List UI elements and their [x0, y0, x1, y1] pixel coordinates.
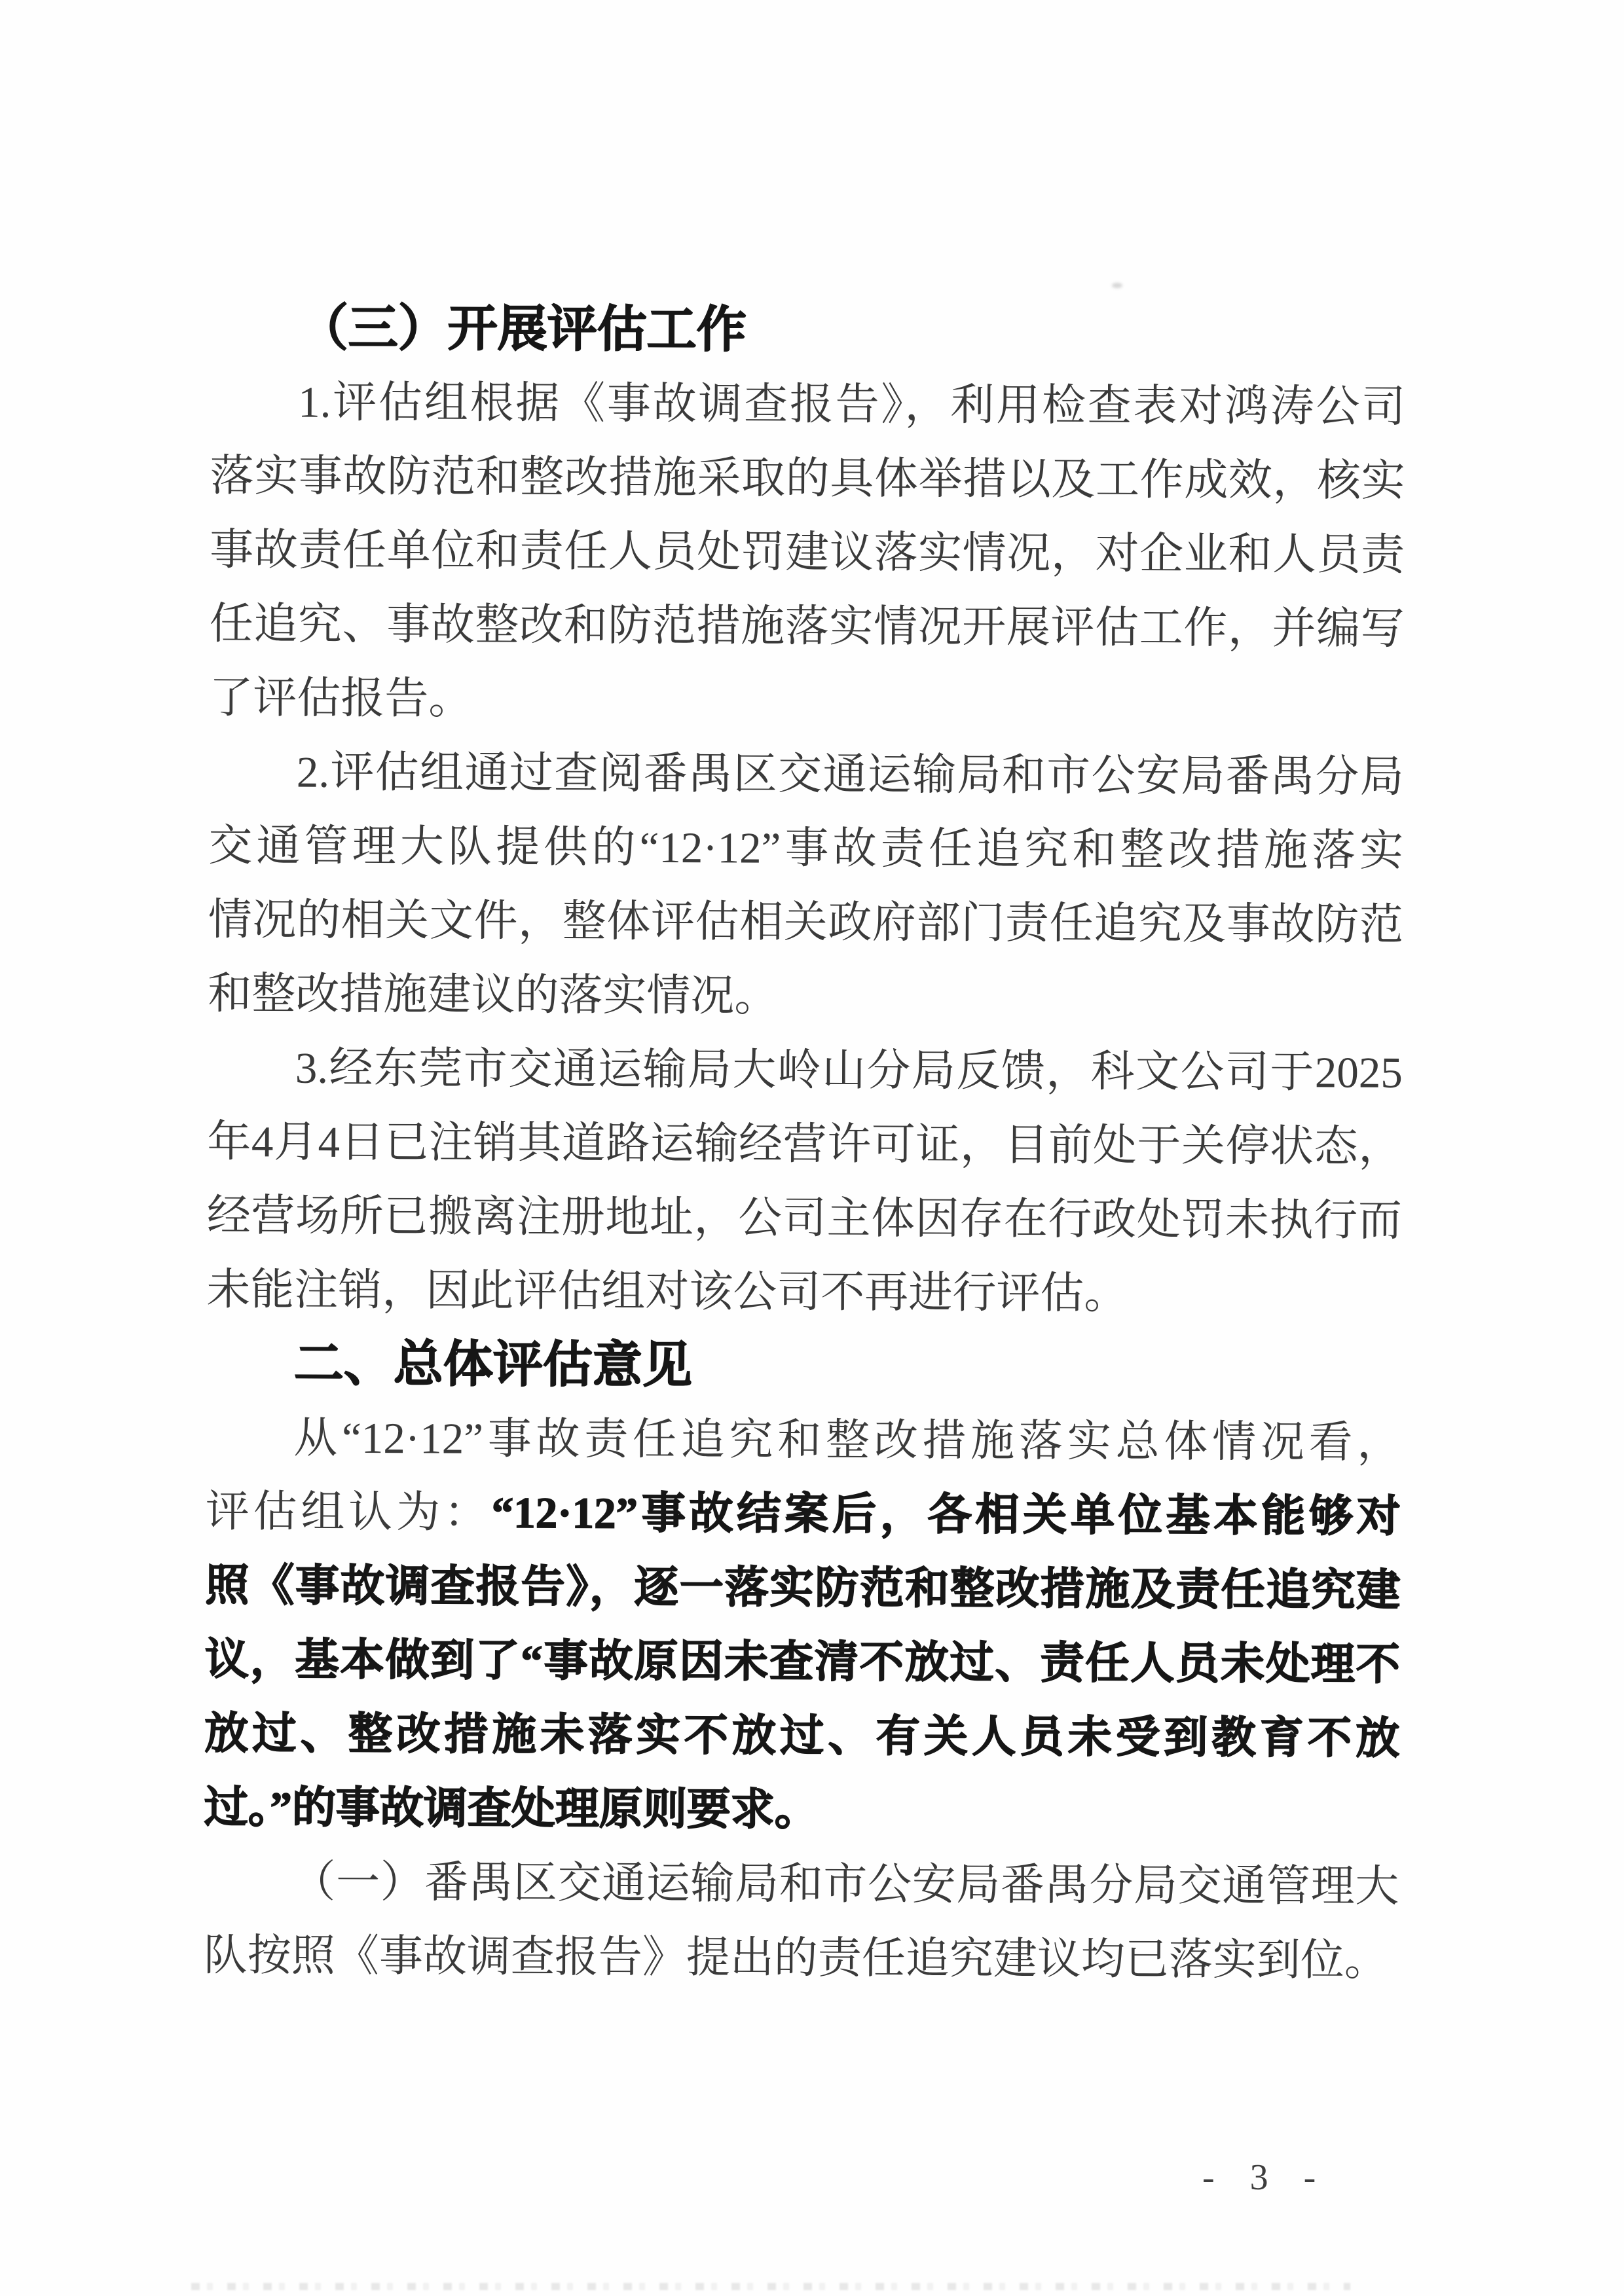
page-number: - 3 -	[1202, 2157, 1329, 2198]
text-line: 放过、整改措施未落实不放过、有关人员未受到教育不放	[204, 1697, 1399, 1776]
text-line: 了评估报告。	[209, 661, 1404, 740]
bold-text-segment: 放过、整改措施未落实不放过、有关人员未受到教育不放	[204, 1709, 1399, 1763]
scanned-document-page: （三）开展评估工作1.评估组根据《事故调查报告》，利用检查表对鸿涛公司落实事故防…	[0, 0, 1624, 2296]
text-line: 二、总体评估意见	[206, 1327, 1401, 1406]
bold-text-segment: 议，基本做到了“事故原因未查清不放过、责任人员未处理不	[205, 1635, 1400, 1689]
text-line: 经营场所已搬离注册地址，公司主体因存在行政处罚未执行而	[207, 1179, 1402, 1258]
bold-text-segment: 照《事故调查报告》，逐一落实防范和整改措施及责任追究建	[205, 1561, 1400, 1615]
text-line: 1.评估组根据《事故调查报告》，利用检查表对鸿涛公司	[210, 365, 1405, 445]
text-segment: 情况的相关文件，整体评估相关政府部门责任追究及事故防范	[208, 896, 1403, 949]
text-segment: 落实事故防范和整改措施采取的具体举措以及工作成效，核实	[210, 452, 1405, 505]
text-line: （一）番禺区交通运输局和市公安局番禺分局交通管理大	[204, 1845, 1399, 1924]
text-segment: 未能注销，因此评估组对该公司不再进行评估。	[206, 1266, 1128, 1318]
bold-text-segment: （三）开展评估工作	[299, 301, 747, 358]
text-segment: 队按照《事故调查报告》提出的责任追究建议均已落实到位。	[204, 1931, 1388, 1985]
text-line: 落实事故防范和整改措施采取的具体举措以及工作成效，核实	[210, 439, 1405, 519]
text-line: 未能注销，因此评估组对该公司不再进行评估。	[206, 1253, 1401, 1332]
text-line: 照《事故调查报告》，逐一落实防范和整改措施及责任追究建	[205, 1549, 1400, 1628]
text-line: 从“12·12”事故责任追究和整改措施落实总体情况看，	[206, 1401, 1401, 1480]
text-line: 2.评估组通过查阅番禺区交通运输局和市公安局番禺分局	[209, 735, 1404, 814]
bleed-through-text-artifact	[191, 2283, 1350, 2290]
bold-text-segment: “12·12”事故结案后，各相关单位基本能够对	[492, 1489, 1401, 1541]
text-line: 过。”的事故调查处理原则要求。	[204, 1771, 1399, 1850]
text-segment: 经营场所已搬离注册地址，公司主体因存在行政处罚未执行而	[207, 1192, 1402, 1245]
text-segment: 年4月4日已注销其道路运输经营许可证，目前处于关停状态，	[207, 1118, 1402, 1171]
text-line: 议，基本做到了“事故原因未查清不放过、责任人员未处理不	[205, 1623, 1400, 1702]
text-line: 年4月4日已注销其道路运输经营许可证，目前处于关停状态，	[207, 1105, 1402, 1184]
text-segment: 从“12·12”事故责任追究和整改措施落实总体情况看，	[293, 1414, 1401, 1467]
text-segment: 1.评估组根据《事故调查报告》，利用检查表对鸿涛公司	[298, 378, 1405, 431]
text-segment: 了评估报告。	[209, 674, 472, 723]
text-line: 3.经东莞市交通运输局大岭山分局反馈，科文公司于2025	[208, 1031, 1403, 1110]
text-segment: （一）番禺区交通运输局和市公安局番禺分局交通管理大	[291, 1858, 1399, 1911]
text-segment: 3.经东莞市交通运输局大岭山分局反馈，科文公司于2025	[295, 1044, 1403, 1097]
text-line: 评估组认为：“12·12”事故结案后，各相关单位基本能够对	[206, 1475, 1401, 1554]
bold-text-segment: 过。”的事故调查处理原则要求。	[204, 1783, 819, 1834]
text-segment: 事故责任单位和责任人员处罚建议落实情况，对企业和人员责	[210, 526, 1405, 579]
text-line: 队按照《事故调查报告》提出的责任追究建议均已落实到位。	[204, 1919, 1399, 1998]
text-line: （三）开展评估工作	[211, 291, 1406, 371]
bold-text-segment: 二、总体评估意见	[294, 1337, 692, 1394]
text-line: 事故责任单位和责任人员处罚建议落实情况，对企业和人员责	[210, 513, 1405, 592]
text-line: 任追究、事故整改和防范措施落实情况开展评估工作，并编写	[210, 587, 1405, 666]
text-line: 交通管理大队提供的“12·12”事故责任追究和整改措施落实	[208, 809, 1403, 888]
text-segment: 2.评估组通过查阅番禺区交通运输局和市公安局番禺分局	[297, 748, 1404, 801]
text-segment: 交通管理大队提供的“12·12”事故责任追究和整改措施落实	[208, 822, 1403, 875]
text-line: 情况的相关文件，整体评估相关政府部门责任追究及事故防范	[208, 883, 1403, 962]
text-segment: 和整改措施建议的落实情况。	[208, 970, 778, 1021]
text-line: 和整改措施建议的落实情况。	[208, 957, 1403, 1036]
text-segment: 任追究、事故整改和防范措施落实情况开展评估工作，并编写	[210, 600, 1405, 653]
text-segment: 评估组认为：	[206, 1487, 492, 1537]
scan-smudge-artifact	[1112, 283, 1122, 288]
document-body: （三）开展评估工作1.评估组根据《事故调查报告》，利用检查表对鸿涛公司落实事故防…	[204, 291, 1406, 1998]
